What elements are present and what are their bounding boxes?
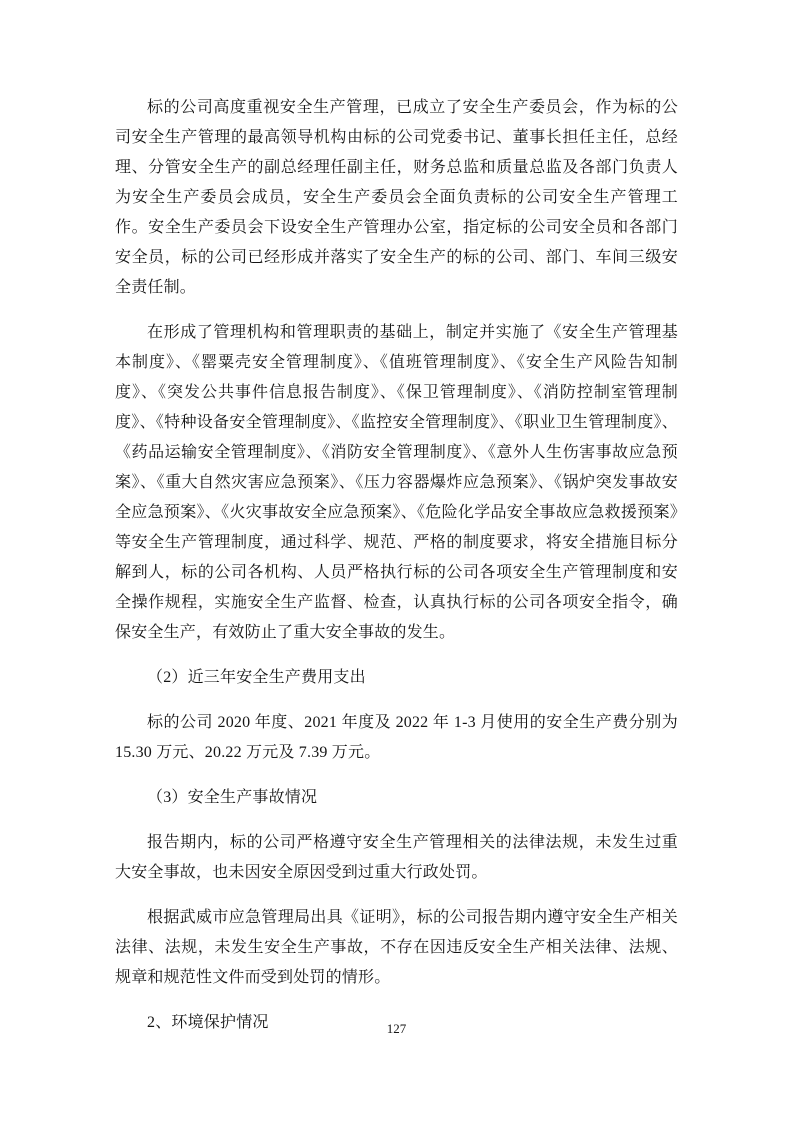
paragraph-safety-committee: 标的公司高度重视安全生产管理，已成立了安全生产委员会，作为标的公司安全生产管理的… <box>115 93 678 303</box>
paragraph-safety-expense-amounts: 标的公司 2020 年度、2021 年度及 2022 年 1-3 月使用的安全生… <box>115 708 678 768</box>
page-number: 127 <box>0 1021 793 1037</box>
paragraph-safety-management-systems: 在形成了管理机构和管理职责的基础上，制定并实施了《安全生产管理基本制度》、《罂粟… <box>115 318 678 648</box>
document-page: 标的公司高度重视安全生产管理，已成立了安全生产委员会，作为标的公司安全生产管理的… <box>0 0 793 1122</box>
heading-safety-accident-section: （3）安全生产事故情况 <box>115 783 678 813</box>
document-body: 标的公司高度重视安全生产管理，已成立了安全生产委员会，作为标的公司安全生产管理的… <box>115 93 678 1053</box>
heading-safety-expense-section: （2）近三年安全生产费用支出 <box>115 663 678 693</box>
paragraph-accident-compliance: 报告期内，标的公司严格遵守安全生产管理相关的法律法规，未发生过重大安全事故，也未… <box>115 828 678 888</box>
paragraph-emergency-bureau-certificate: 根据武威市应急管理局出具《证明》，标的公司报告期内遵守安全生产相关法律、法规，未… <box>115 903 678 993</box>
